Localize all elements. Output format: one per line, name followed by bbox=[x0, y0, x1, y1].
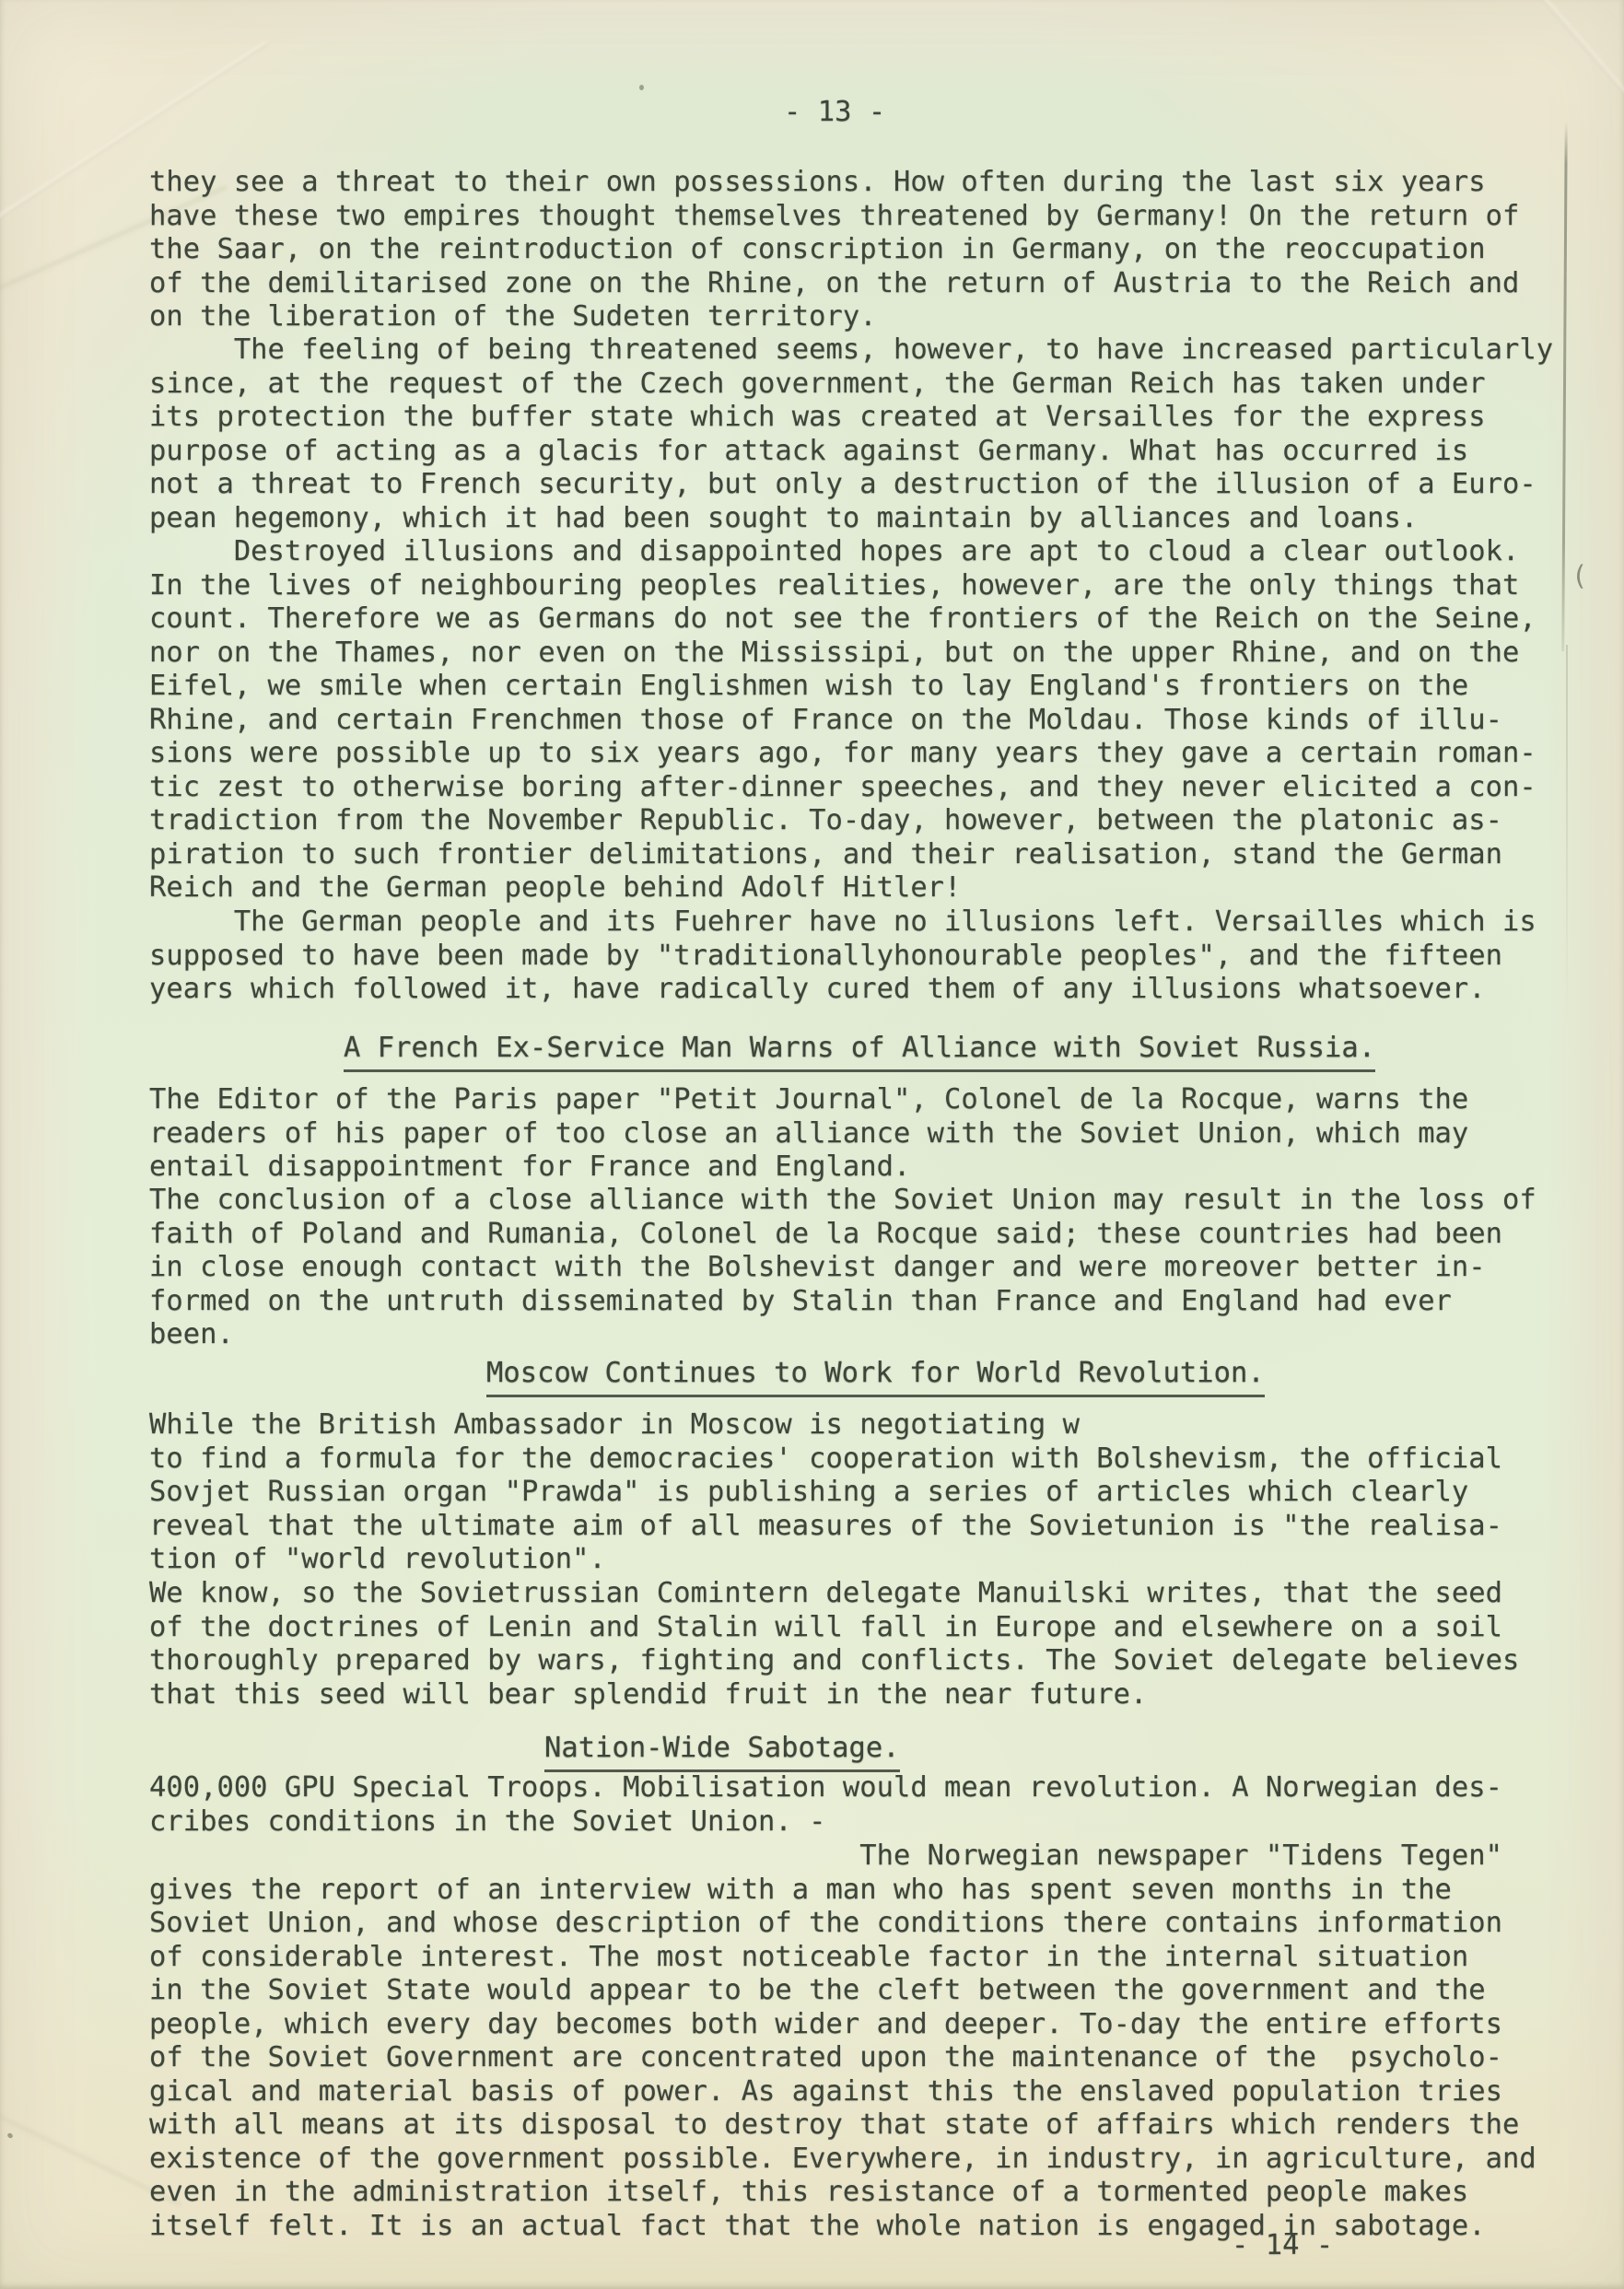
paragraph-threat-possessions: they see a threat to their own possessio… bbox=[149, 166, 1519, 334]
section-heading-nation-wide-sabotage: Nation-Wide Sabotage. bbox=[544, 1732, 900, 1772]
page-number-bottom: - 14 - bbox=[1232, 2229, 1333, 2263]
paragraph-feeling-threatened: The feeling of being threatened seems, h… bbox=[149, 333, 1553, 535]
stray-pencil-mark: ( bbox=[1571, 560, 1587, 591]
section-heading-moscow-world-revolution: Moscow Continues to Work for World Revol… bbox=[486, 1357, 1265, 1397]
scan-artifact-line-faded bbox=[1566, 645, 1568, 1032]
paper-crease-top-right bbox=[1511, 0, 1624, 172]
paragraph-german-people-fuehrer: The German people and its Fuehrer have n… bbox=[149, 905, 1536, 1007]
section-heading-french-alliance-warning: A French Ex-Service Man Warns of Allianc… bbox=[344, 1032, 1375, 1072]
page-number-top: - 13 - bbox=[784, 96, 885, 130]
ink-speck bbox=[639, 85, 644, 90]
paragraph-norwegian-interview: The Norwegian newspaper "Tidens Tegen" g… bbox=[149, 1839, 1536, 2243]
ink-speck bbox=[6, 2132, 14, 2140]
scan-artifact-line bbox=[1561, 122, 1567, 651]
paragraph-petit-journal-editor: The Editor of the Paris paper "Petit Jou… bbox=[149, 1083, 1468, 1185]
document-page: ( - 13 - they see a threat to their own … bbox=[0, 0, 1624, 2289]
paragraph-alliance-conclusion: The conclusion of a close alliance with … bbox=[149, 1184, 1536, 1352]
paragraph-british-ambassador-prawda: While the British Ambassador in Moscow i… bbox=[149, 1408, 1502, 1577]
paragraph-gpu-troops: 400,000 GPU Special Troops. Mobilisation… bbox=[149, 1771, 1502, 1839]
paragraph-comintern-delegate: We know, so the Sovietrussian Comintern … bbox=[149, 1577, 1519, 1711]
paragraph-destroyed-illusions: Destroyed illusions and disappointed hop… bbox=[149, 535, 1536, 905]
